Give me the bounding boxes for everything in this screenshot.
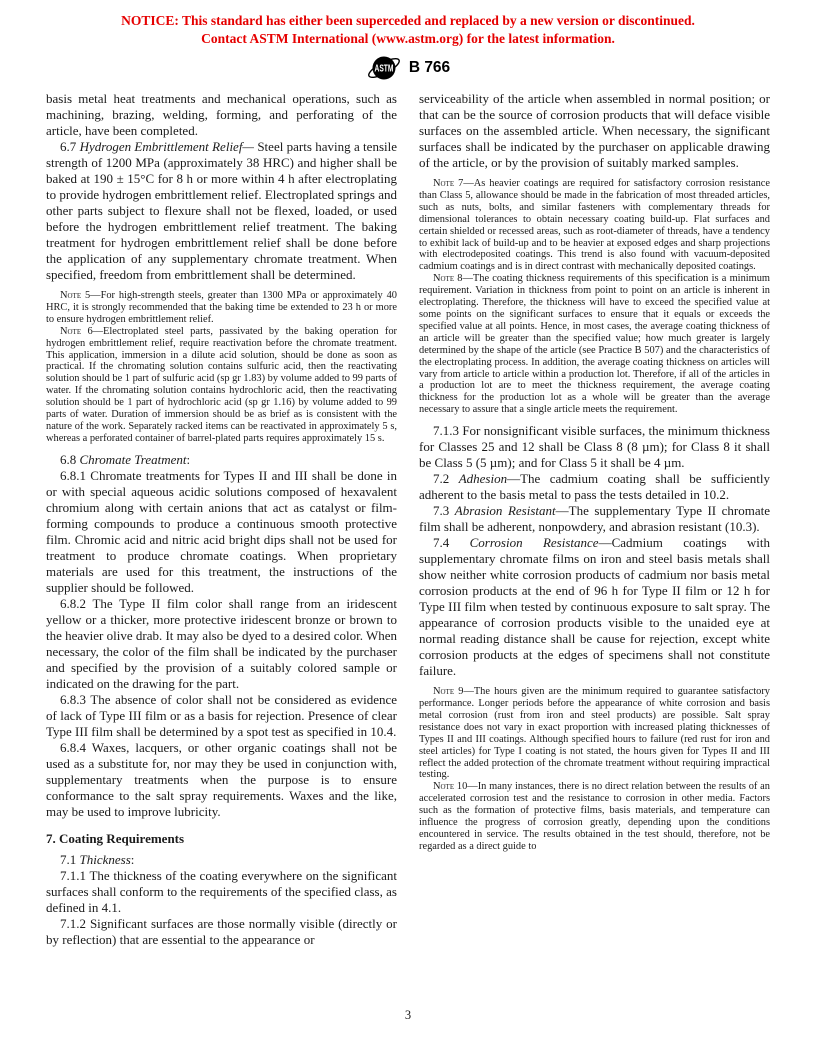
page-footer: 3 [0,1008,816,1023]
svg-text:ASTM: ASTM [374,64,393,75]
paragraph: 7.1 Thickness: [46,852,397,868]
paragraph: 7.1.3 For nonsignificant visible surface… [419,423,770,471]
page-body: basis metal heat treatments and mechanic… [0,85,816,948]
paragraph: 7.1.2 Significant surfaces are those nor… [46,916,397,948]
note-paragraph: Note 5—For high-strength steels, greater… [46,290,397,326]
paragraph: 7.4 Corrosion Resistance—Cadmium coating… [419,535,770,679]
note-paragraph: Note 10—In many instances, there is no d… [419,781,770,852]
paragraph: 6.8.4 Waxes, lacquers, or other organic … [46,740,397,820]
paragraph: serviceability of the article when assem… [419,91,770,171]
paragraph: basis metal heat treatments and mechanic… [46,91,397,139]
left-column: basis metal heat treatments and mechanic… [46,91,397,948]
note-paragraph: Note 6—Electroplated steel parts, passiv… [46,326,397,445]
discontinuation-notice: NOTICE: This standard has either been su… [0,0,816,48]
paragraph: 6.8 Chromate Treatment: [46,452,397,468]
paragraph: 6.8.1 Chromate treatments for Types II a… [46,468,397,596]
standard-designation: B 766 [409,59,450,77]
paragraph: 7.1.1 The thickness of the coating every… [46,868,397,916]
paragraph: 7.2 Adhesion—The cadmium coating shall b… [419,471,770,503]
note-paragraph: Note 8—The coating thickness requirement… [419,273,770,416]
section-heading: 7. Coating Requirements [46,831,397,847]
notice-line-1: NOTICE: This standard has either been su… [0,12,816,30]
note-paragraph: Note 9—The hours given are the minimum r… [419,686,770,781]
paragraph: 6.7 Hydrogen Embrittlement Relief— Steel… [46,139,397,283]
note-paragraph: Note 7—As heavier coatings are required … [419,178,770,273]
masthead: ASTM B 766 [0,51,816,85]
paragraph: 6.8.3 The absence of color shall not be … [46,692,397,740]
document-page: NOTICE: This standard has either been su… [0,0,816,1056]
astm-logo-icon: ASTM [366,52,402,84]
paragraph: 7.3 Abrasion Resistant—The supplementary… [419,503,770,535]
paragraph: 6.8.2 The Type II film color shall range… [46,596,397,692]
notice-line-2: Contact ASTM International (www.astm.org… [0,30,816,48]
page-number: 3 [405,1008,411,1022]
right-column: serviceability of the article when assem… [419,91,770,948]
